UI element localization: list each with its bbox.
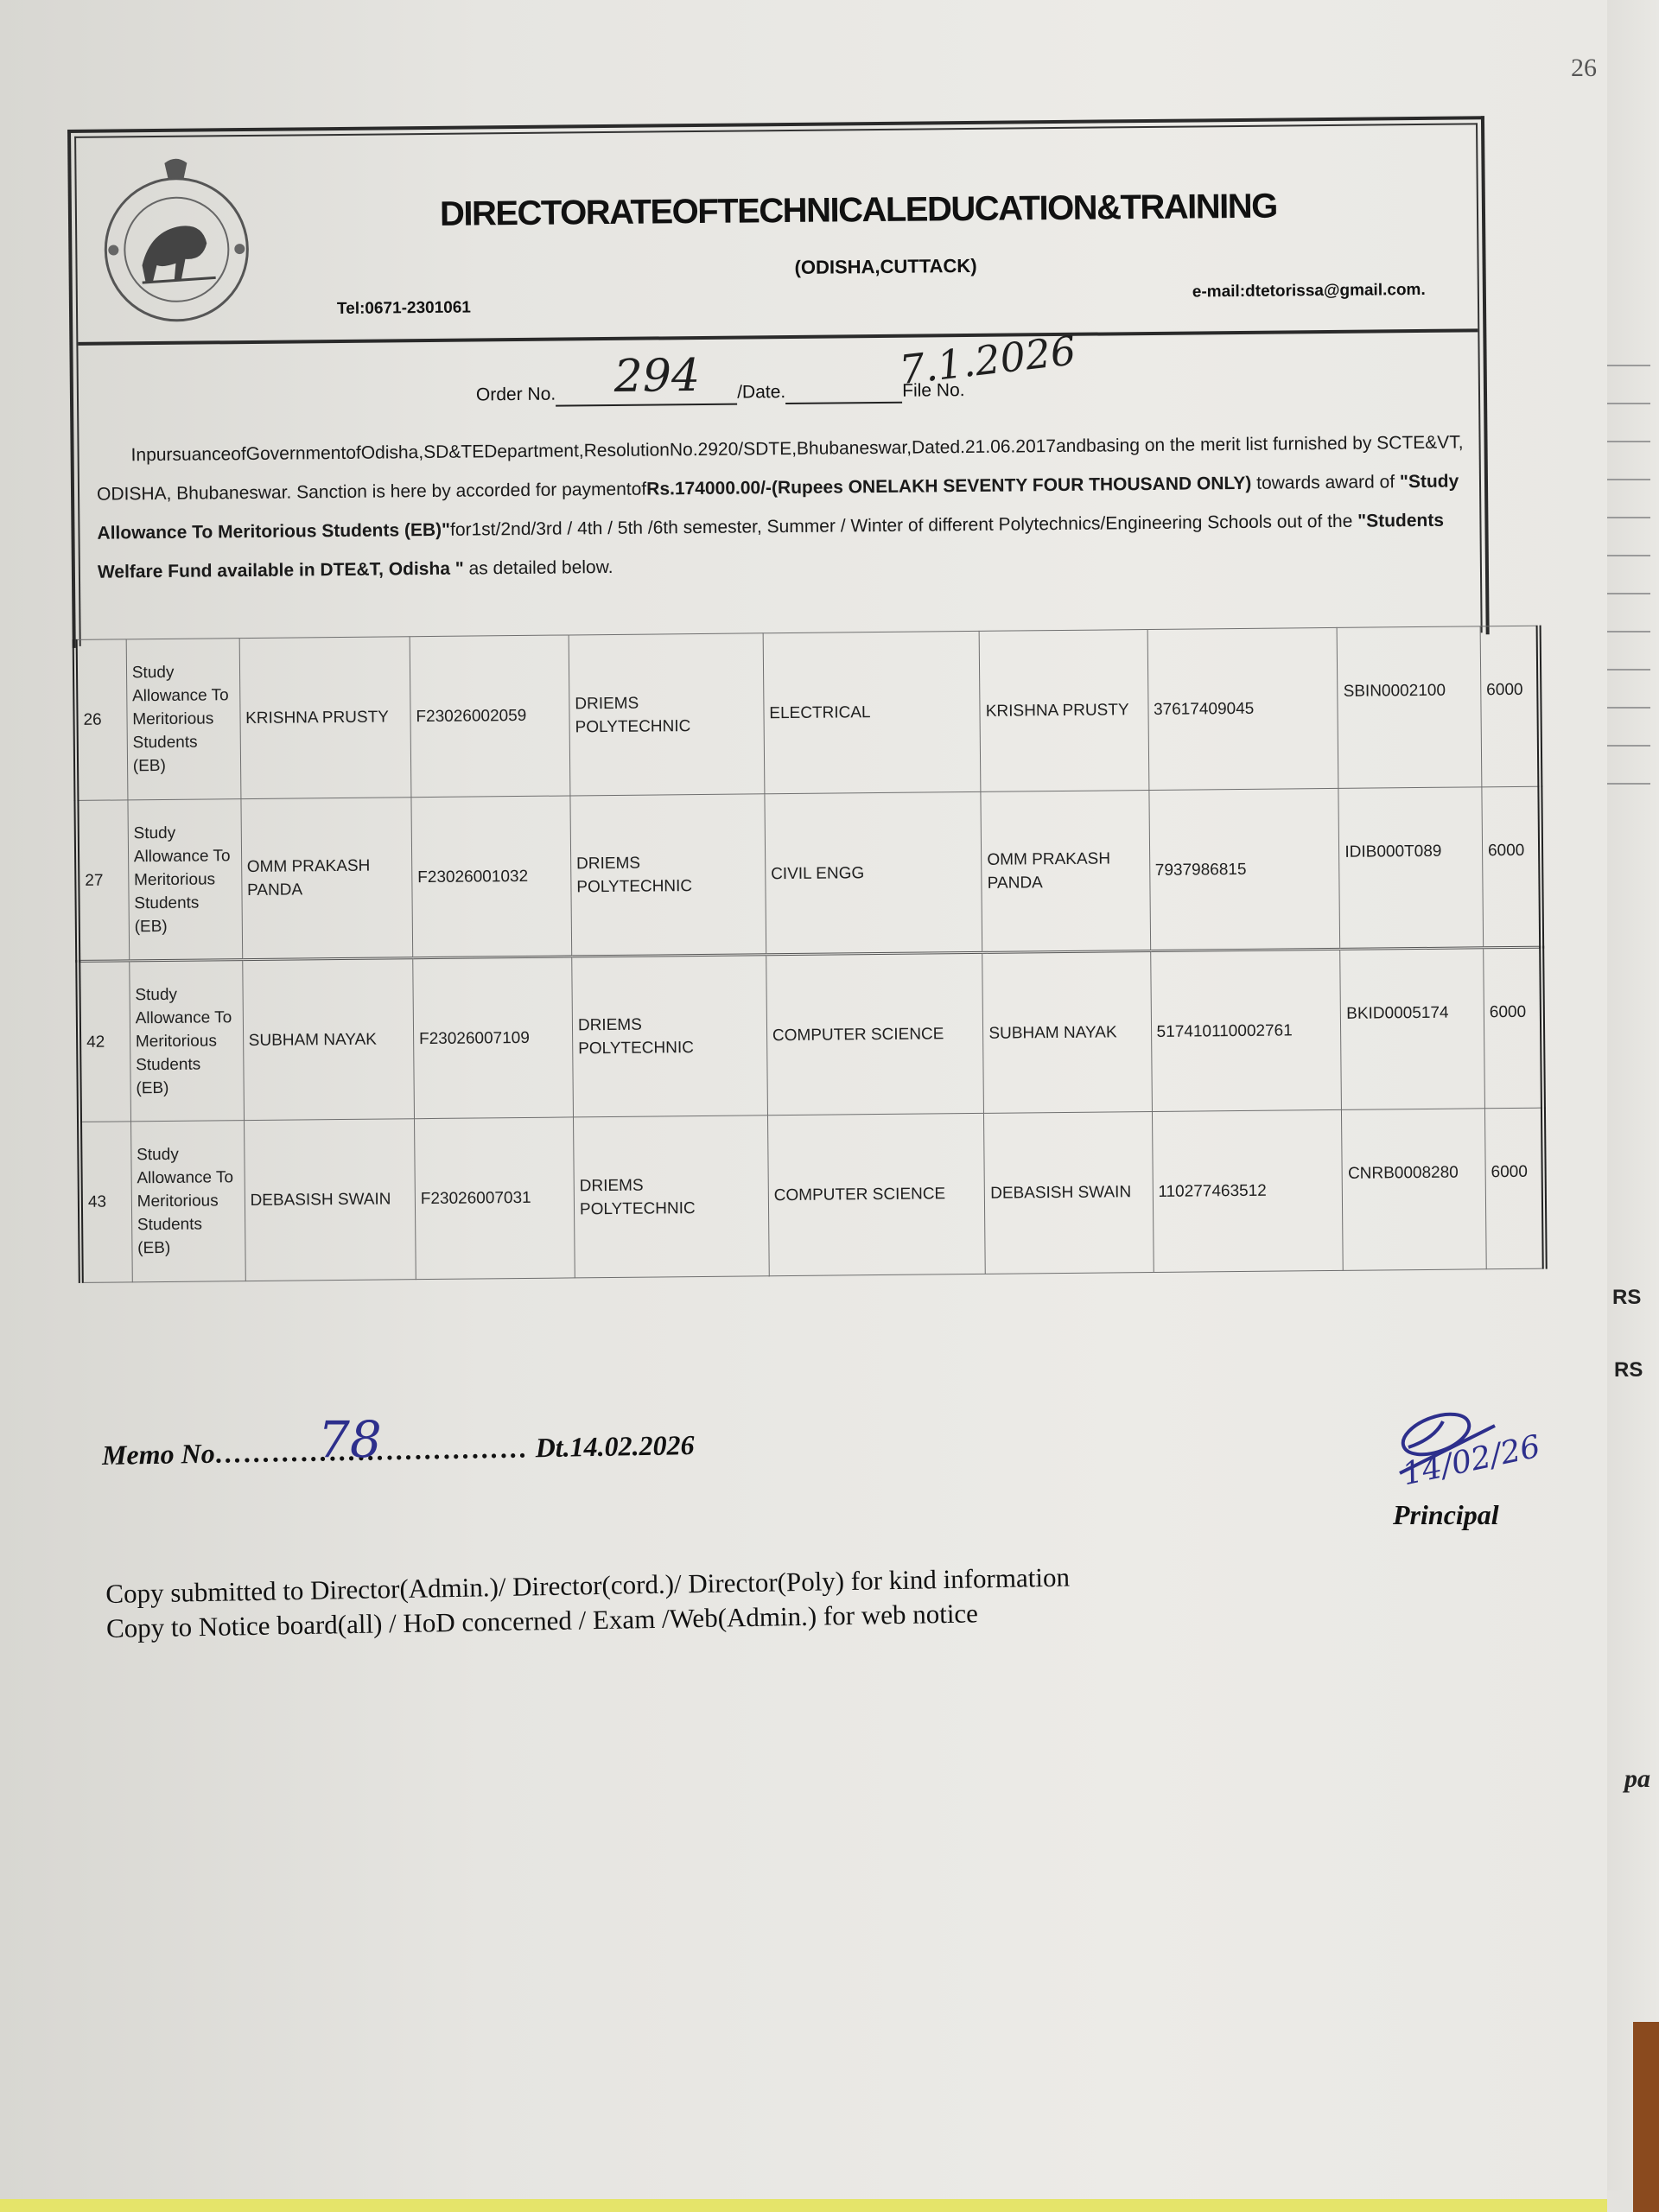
student-name-cell: OMM PRAKASH PANDA [241, 798, 413, 960]
amount-cell: 6000 [1480, 626, 1540, 787]
ifsc-cell: IDIB000T089 [1338, 787, 1483, 950]
account-holder-cell: SUBHAM NAYAK [982, 951, 1152, 1114]
branch-cell: ELECTRICAL [763, 631, 981, 793]
date-blank [785, 381, 902, 404]
beneficiary-table: 26Study Allowance To Meritorious Student… [73, 626, 1548, 1283]
amount-cell: 6000 [1482, 786, 1541, 948]
order-no-label: Order No. [476, 385, 556, 405]
account-holder-cell: DEBASISH SWAIN [984, 1112, 1154, 1274]
table-row: 26Study Allowance To Meritorious Student… [75, 626, 1541, 800]
odisha-emblem-icon [93, 152, 259, 327]
corner-page-mark: 26 [1571, 54, 1597, 83]
copy-to-section: Copy submitted to Director(Admin.)/ Dire… [105, 1560, 1071, 1646]
sanction-paragraph: InpursuanceofGovernmentofOdisha,SD&TEDep… [96, 423, 1471, 591]
para-text: as detailed below. [464, 557, 613, 579]
order-no-handwritten: 294 [613, 350, 700, 403]
registration-number-cell: F23026007109 [413, 957, 574, 1119]
institute-cell: DRIEMS POLYTECHNIC [570, 794, 766, 957]
amount-cell: 6000 [1484, 1108, 1544, 1269]
background-fragment: pa [1624, 1764, 1650, 1794]
serial-number-cell: 27 [76, 800, 129, 962]
letterhead-title: DIRECTORATEOFTECHNICALEDUCATION&TRAINING [440, 188, 1277, 234]
wooden-table-edge [1633, 2022, 1659, 2212]
student-name-cell: DEBASISH SWAIN [244, 1119, 416, 1281]
ifsc-cell: SBIN0002100 [1337, 626, 1481, 789]
ifsc-cell: BKID0005174 [1340, 948, 1484, 1110]
signatory-designation: Principal [1393, 1499, 1499, 1531]
table-row: 27Study Allowance To Meritorious Student… [76, 786, 1541, 961]
table-row: 43Study Allowance To Meritorious Student… [79, 1108, 1545, 1282]
registration-number-cell: F23026002059 [410, 635, 570, 798]
registration-number-cell: F23026001032 [411, 796, 572, 958]
serial-number-cell: 43 [79, 1122, 132, 1283]
letterhead-subtitle: (ODISHA,CUTTACK) [794, 255, 976, 279]
scheme-cell: Study Allowance To Meritorious Students … [130, 1121, 245, 1282]
memo-line: Memo No…………………………… Dt.14.02.2026 [102, 1429, 695, 1471]
serial-number-cell: 42 [78, 961, 130, 1122]
order-frame: DIRECTORATEOFTECHNICALEDUCATION&TRAINING… [67, 116, 1496, 1326]
scheme-cell: Study Allowance To Meritorious Students … [126, 639, 241, 800]
table-row: 42Study Allowance To Meritorious Student… [78, 947, 1543, 1122]
branch-cell: COMPUTER SCIENCE [767, 1113, 985, 1275]
account-number-cell: 37617409045 [1147, 627, 1339, 790]
amount-cell: 6000 [1484, 947, 1543, 1109]
account-holder-cell: KRISHNA PRUSTY [979, 630, 1148, 792]
account-holder-cell: OMM PRAKASH PANDA [981, 791, 1150, 953]
institute-cell: DRIEMS POLYTECHNIC [569, 633, 765, 796]
account-number-cell: 110277463512 [1152, 1109, 1344, 1272]
institute-cell: DRIEMS POLYTECHNIC [573, 1116, 769, 1278]
memo-label: Memo No [102, 1438, 215, 1471]
memo-date: Dt.14.02.2026 [535, 1429, 695, 1463]
sanction-amount: Rs.174000.00/-(Rupees ONELAKH SEVENTY FO… [646, 474, 1251, 499]
branch-cell: COMPUTER SCIENCE [766, 952, 984, 1115]
branch-cell: CIVIL ENGG [765, 791, 982, 954]
institute-cell: DRIEMS POLYTECHNIC [572, 955, 768, 1117]
account-number-cell: 517410110002761 [1150, 949, 1342, 1111]
email-address: e-mail:dtetorissa@gmail.com. [1192, 281, 1426, 302]
ifsc-cell: CNRB0008280 [1342, 1109, 1486, 1271]
background-fragment: RS [1612, 1286, 1641, 1310]
para-text: towards award of [1251, 472, 1400, 493]
scheme-cell: Study Allowance To Meritorious Students … [128, 799, 243, 961]
order-line: Order No. /Date. File No. [476, 380, 965, 407]
telephone-number: Tel:0671-2301061 [337, 299, 471, 319]
letterhead: DIRECTORATEOFTECHNICALEDUCATION&TRAINING… [76, 124, 1478, 346]
student-name-cell: KRISHNA PRUSTY [239, 637, 411, 799]
background-fragment: RS [1614, 1358, 1643, 1382]
scheme-cell: Study Allowance To Meritorious Students … [130, 960, 245, 1122]
student-name-cell: SUBHAM NAYAK [242, 958, 414, 1121]
serial-number-cell: 26 [75, 639, 128, 801]
registration-number-cell: F23026007031 [414, 1117, 575, 1280]
account-number-cell: 7937986815 [1148, 788, 1340, 950]
date-label: /Date. [737, 382, 785, 403]
memo-no-handwritten: 78 [318, 1410, 382, 1469]
para-text: for1st/2nd/3rd / 4th / 5th /6th semester… [450, 512, 1357, 540]
yellow-paper-edge [0, 2199, 1607, 2212]
document-page: 26 DIRECTORATEOFTECHNICALEDUCATION&TRAIN… [0, 0, 1607, 2199]
